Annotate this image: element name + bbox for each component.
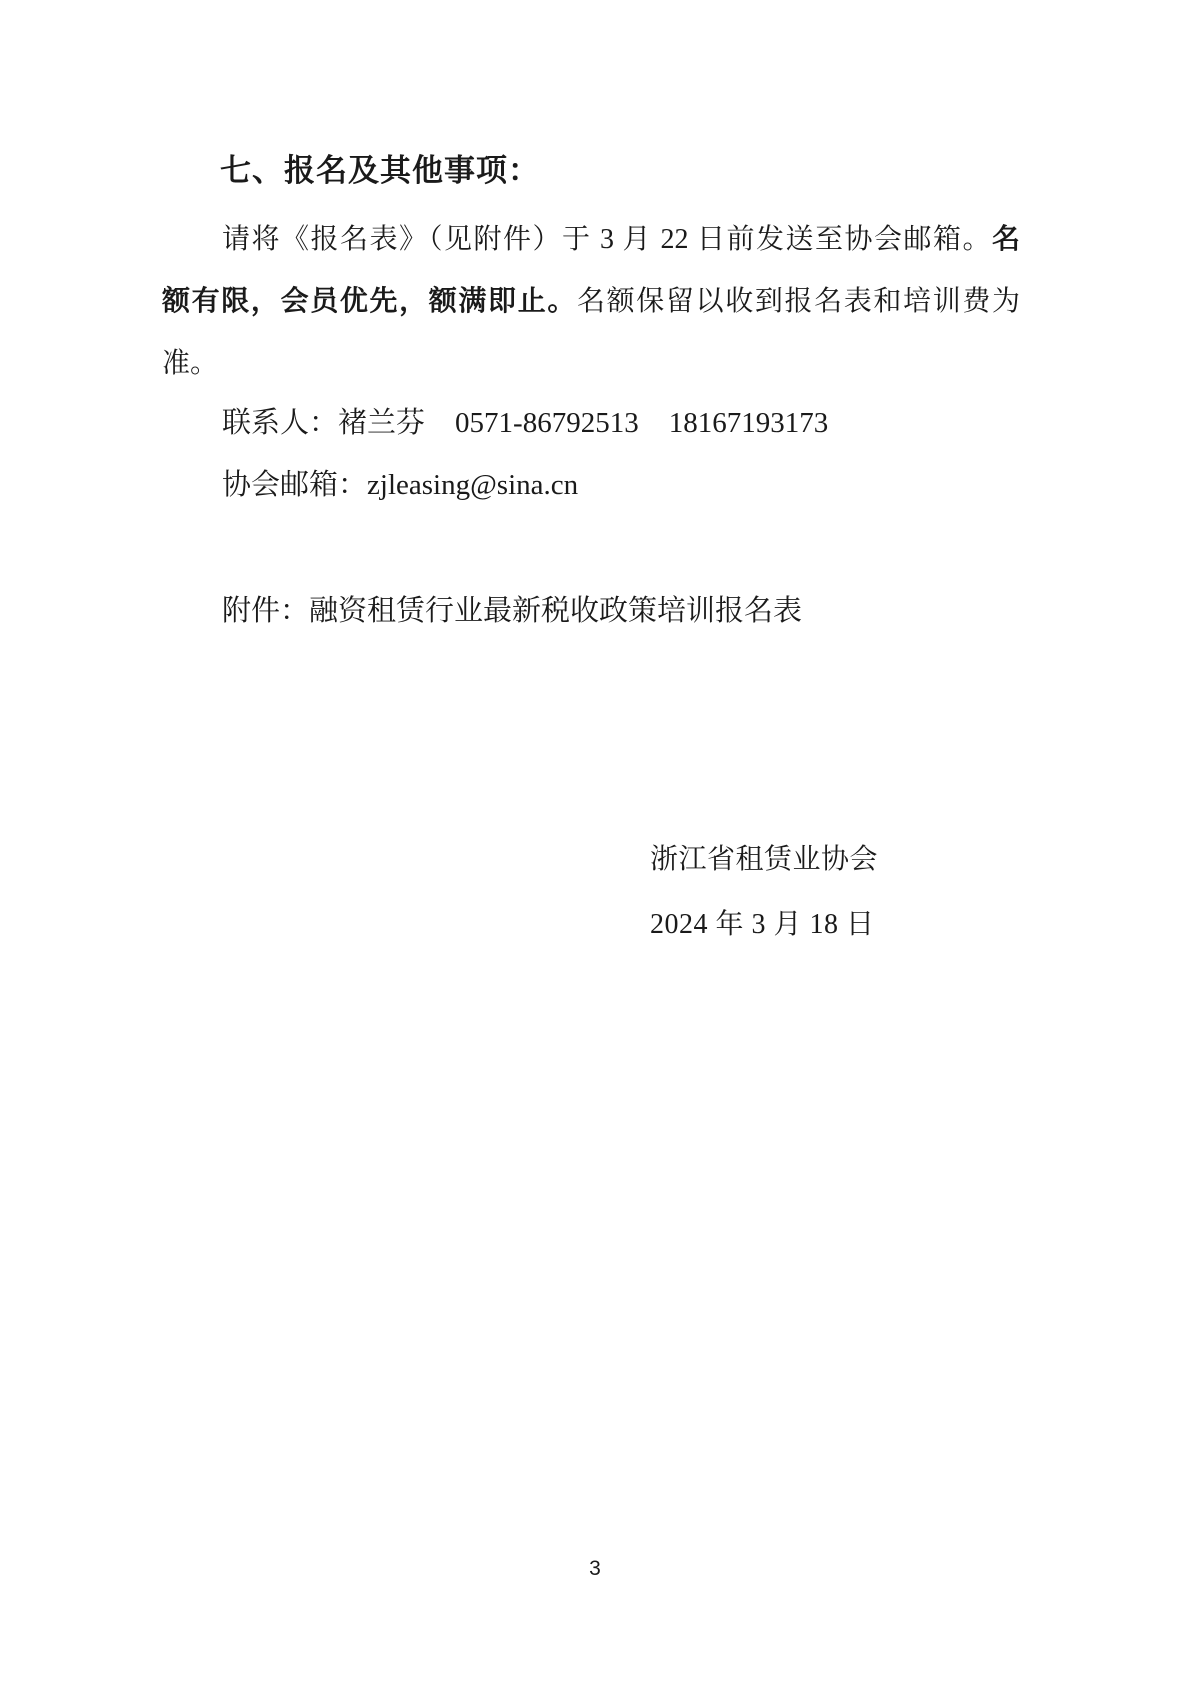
contact-phone-mobile: 18167193173 <box>669 407 829 439</box>
paragraph-line2-bold-text: 额有限，会员优先，额满即止。 <box>162 286 577 317</box>
signature-date: 2024 年 3 月 18 日 <box>650 908 875 942</box>
contact-line: 联系人：褚兰芬0571-8679251318167193173 <box>222 407 828 440</box>
section-heading: 七、报名及其他事项： <box>220 153 540 189</box>
page-number: 3 <box>0 1556 1190 1581</box>
email-label: 协会邮箱： <box>222 469 367 501</box>
attachment-line: 附件：融资租赁行业最新税收政策培训报名表 <box>222 595 802 628</box>
contact-label: 联系人： <box>222 407 338 439</box>
paragraph-line1-normal-text: 请将《报名表》（见附件）于 3 月 22 日前发送至协会邮箱。 <box>222 224 992 255</box>
paragraph-line2-normal-text: 名额保留以收到报名表和培训费为 <box>577 286 1020 317</box>
paragraph-line-2: 额有限，会员优先，额满即止。名额保留以收到报名表和培训费为 <box>162 286 1020 318</box>
paragraph-line3-text: 准。 <box>162 348 218 379</box>
email-address: zjleasing@sina.cn <box>367 469 578 501</box>
signature-organization: 浙江省租赁业协会 <box>650 843 878 877</box>
paragraph-line1-bold-text: 名 <box>992 224 1020 255</box>
document-page: 七、报名及其他事项： 请将《报名表》（见附件）于 3 月 22 日前发送至协会邮… <box>0 0 1190 1683</box>
paragraph-line-1: 请将《报名表》（见附件）于 3 月 22 日前发送至协会邮箱。名 <box>162 224 1020 256</box>
registration-paragraph: 请将《报名表》（见附件）于 3 月 22 日前发送至协会邮箱。名 额有限，会员优… <box>162 224 1020 414</box>
paragraph-line-3: 准。 <box>162 348 1020 380</box>
email-line: 协会邮箱：zjleasing@sina.cn <box>222 469 578 502</box>
contact-name: 褚兰芬 <box>338 407 425 439</box>
contact-phone-landline: 0571-86792513 <box>455 407 639 439</box>
